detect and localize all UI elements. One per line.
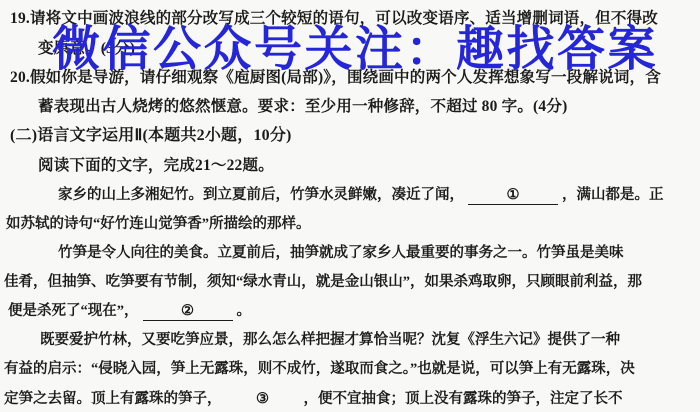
passage-line-2: 如苏轼的诗句“好竹连山觉笋香”所描绘的那样。 [6,213,311,235]
blank-1: ① [468,187,558,205]
blank-2: ② [143,303,233,321]
passage-line-1-pre: 家乡的山上多湘妃竹。到立夏前后，竹笋水灵鲜嫩，凑近了闻， [58,187,464,203]
passage-line-5: 便是杀死了“现在”，②。 [8,300,251,322]
passage-line-8-post: ，便不宜抽食；顶上没有露珠的笋子，注定了长不 [304,391,623,407]
blank-3: ③ [226,391,300,408]
circled-number-2: ② [181,303,194,319]
section-header: (二)语言文字运用Ⅱ(本题共2小题，10分) [10,125,292,147]
passage-line-6: 既要爱护竹林，又要吃笋应景，那么怎么样把握才算恰当呢？沈复《浮生六记》提供了一种 [40,329,620,351]
passage-line-1-post: ，满山都是。正 [562,187,664,203]
passage-line-5-pre: 便是杀死了“现在”， [8,303,139,319]
circled-number-3: ③ [256,391,269,407]
watermark: 微信公众号关注：趣找答案 [52,10,658,79]
passage-line-8: 定笋之去留。顶上有露珠的笋子，③，便不宜抽食；顶上没有露珠的笋子，注定了长不 [4,388,623,410]
passage-line-7: 有益的启示：“侵晓入园，笋上无露珠，则不成竹，遂取而食之。”也就是说，可以笋上有… [4,358,635,380]
passage-line-5-post: 。 [237,303,252,319]
passage-line-8-pre: 定笋之去留。顶上有露珠的笋子， [4,391,222,407]
passage-line-4: 佳肴，但抽笋、吃笋要有节制，须知“绿水青山，就是金山银山”，如果杀鸡取卵，只顾眼… [4,271,642,293]
passage-line-3: 竹笋是令人向往的美食。立夏前后，抽笋就成了家乡人最重要的事务之一。竹笋虽是美味 [58,242,624,264]
reading-instruction: 阅读下面的文字，完成21～22题。 [38,155,274,177]
exam-paper-scan: 微信公众号关注：趣找答案 19.请将文中画波浪线的部分改写成三个较短的语句，可以… [0,0,700,412]
passage-line-1: 家乡的山上多湘妃竹。到立夏前后，竹笋水灵鲜嫩，凑近了闻，①，满山都是。正 [58,184,664,206]
circled-number-1: ① [507,187,520,203]
question-20-line-2: 蓄表现出古人烧烤的悠然惬意。要求：至少用一种修辞，不超过 80 字。(4分) [38,96,567,118]
